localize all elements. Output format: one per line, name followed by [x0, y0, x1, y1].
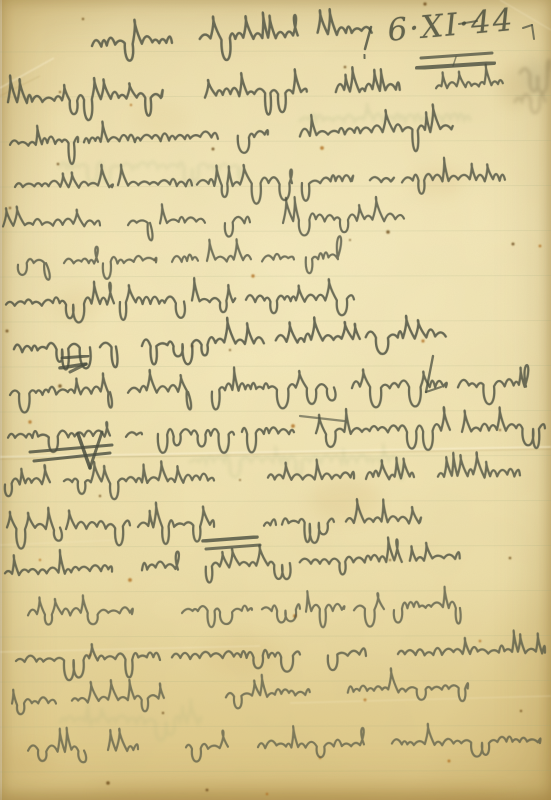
foxing-speck [349, 239, 351, 241]
foxing-speck [106, 781, 110, 785]
letter-artwork-layer [0, 0, 551, 800]
foxing-speck [448, 760, 451, 763]
foxing-speck [499, 429, 501, 431]
foxing-speck [386, 230, 390, 234]
scanned-letter-page: 6·XI·44 [0, 0, 551, 800]
foxing-speck [39, 559, 41, 561]
foxing-speck [212, 148, 215, 151]
foxing-speck [251, 274, 254, 277]
foxing-speck [9, 207, 11, 209]
foxing-speck [479, 640, 482, 643]
foxing-speck [266, 793, 269, 796]
pen-mark [62, 356, 88, 358]
foxing-speck [421, 339, 424, 342]
foxing-speck [59, 91, 61, 93]
foxing-speck [320, 146, 324, 150]
foxing-speck [206, 789, 209, 792]
foxing-speck [512, 243, 515, 246]
foxing-speck [344, 66, 347, 69]
foxing-speck [128, 578, 132, 582]
foxing-speck [509, 557, 512, 560]
foxing-speck [82, 18, 84, 20]
paper-stain [53, 290, 97, 320]
foxing-speck [99, 495, 101, 497]
foxing-speck [239, 479, 241, 481]
foxing-speck [28, 420, 31, 423]
foxing-speck [423, 2, 426, 5]
foxing-speck [229, 349, 231, 351]
paper-stain [130, 102, 190, 138]
foxing-speck [162, 712, 164, 714]
foxing-speck [58, 384, 62, 388]
foxing-speck [6, 330, 9, 333]
foxing-speck [130, 104, 132, 106]
paper-grain-texture [0, 0, 551, 800]
foxing-speck [389, 559, 391, 561]
foxing-speck [291, 424, 295, 428]
foxing-speck [57, 163, 60, 166]
pen-mark [364, 55, 365, 58]
foxing-speck [539, 245, 542, 248]
paper-stain [310, 478, 380, 522]
foxing-speck [520, 710, 522, 712]
